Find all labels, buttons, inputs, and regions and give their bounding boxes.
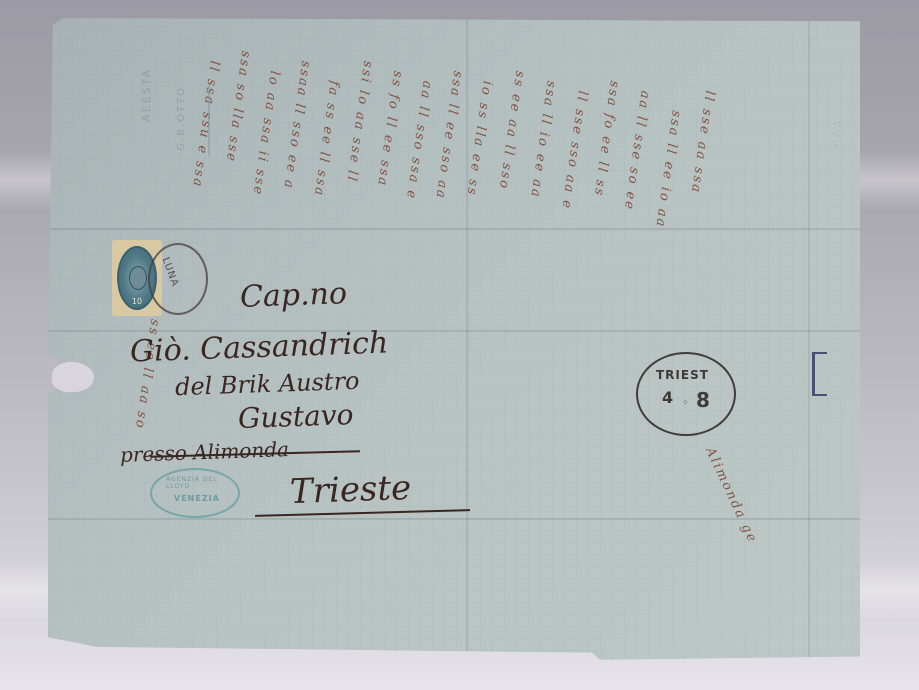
agent-handstamp: AGENZIA DEL LLOYD VENEZIA <box>150 468 240 518</box>
arrival-postmark: TRIEST 4 ⁘ 8 <box>636 352 736 436</box>
postmark-month: 8 <box>696 388 710 412</box>
faded-handstamp: AEESTA <box>140 68 153 122</box>
postmark-ornament: ⁘ <box>682 398 689 407</box>
coat-of-arms-icon <box>129 266 147 290</box>
postmark-town: TRIEST <box>656 368 709 382</box>
faded-rule <box>208 84 210 156</box>
address-ship-name: Gustavo <box>237 398 353 435</box>
pencil-notation: ∴ ∴ ∴ <box>829 120 844 147</box>
blue-bracket-mark <box>812 352 827 396</box>
fold-crease <box>808 18 810 663</box>
address-city: Trieste <box>289 468 411 512</box>
faded-handstamp: G.B.OTTO <box>176 86 187 151</box>
fold-crease <box>466 18 468 663</box>
agent-stamp-bottom: VENEZIA <box>174 494 220 503</box>
photo-scene: ll ssa ssu e ssa ssa so lla sse lo aa ss… <box>0 0 919 690</box>
signature: Alimonda ge <box>702 445 808 650</box>
stamp-value: 10 <box>119 297 155 306</box>
paper-tear <box>52 362 94 392</box>
address-title: Cap.no <box>239 276 347 315</box>
postmark-day: 4 <box>662 388 673 407</box>
agent-stamp-top: AGENZIA DEL LLOYD <box>166 476 238 490</box>
fold-crease <box>48 228 860 230</box>
